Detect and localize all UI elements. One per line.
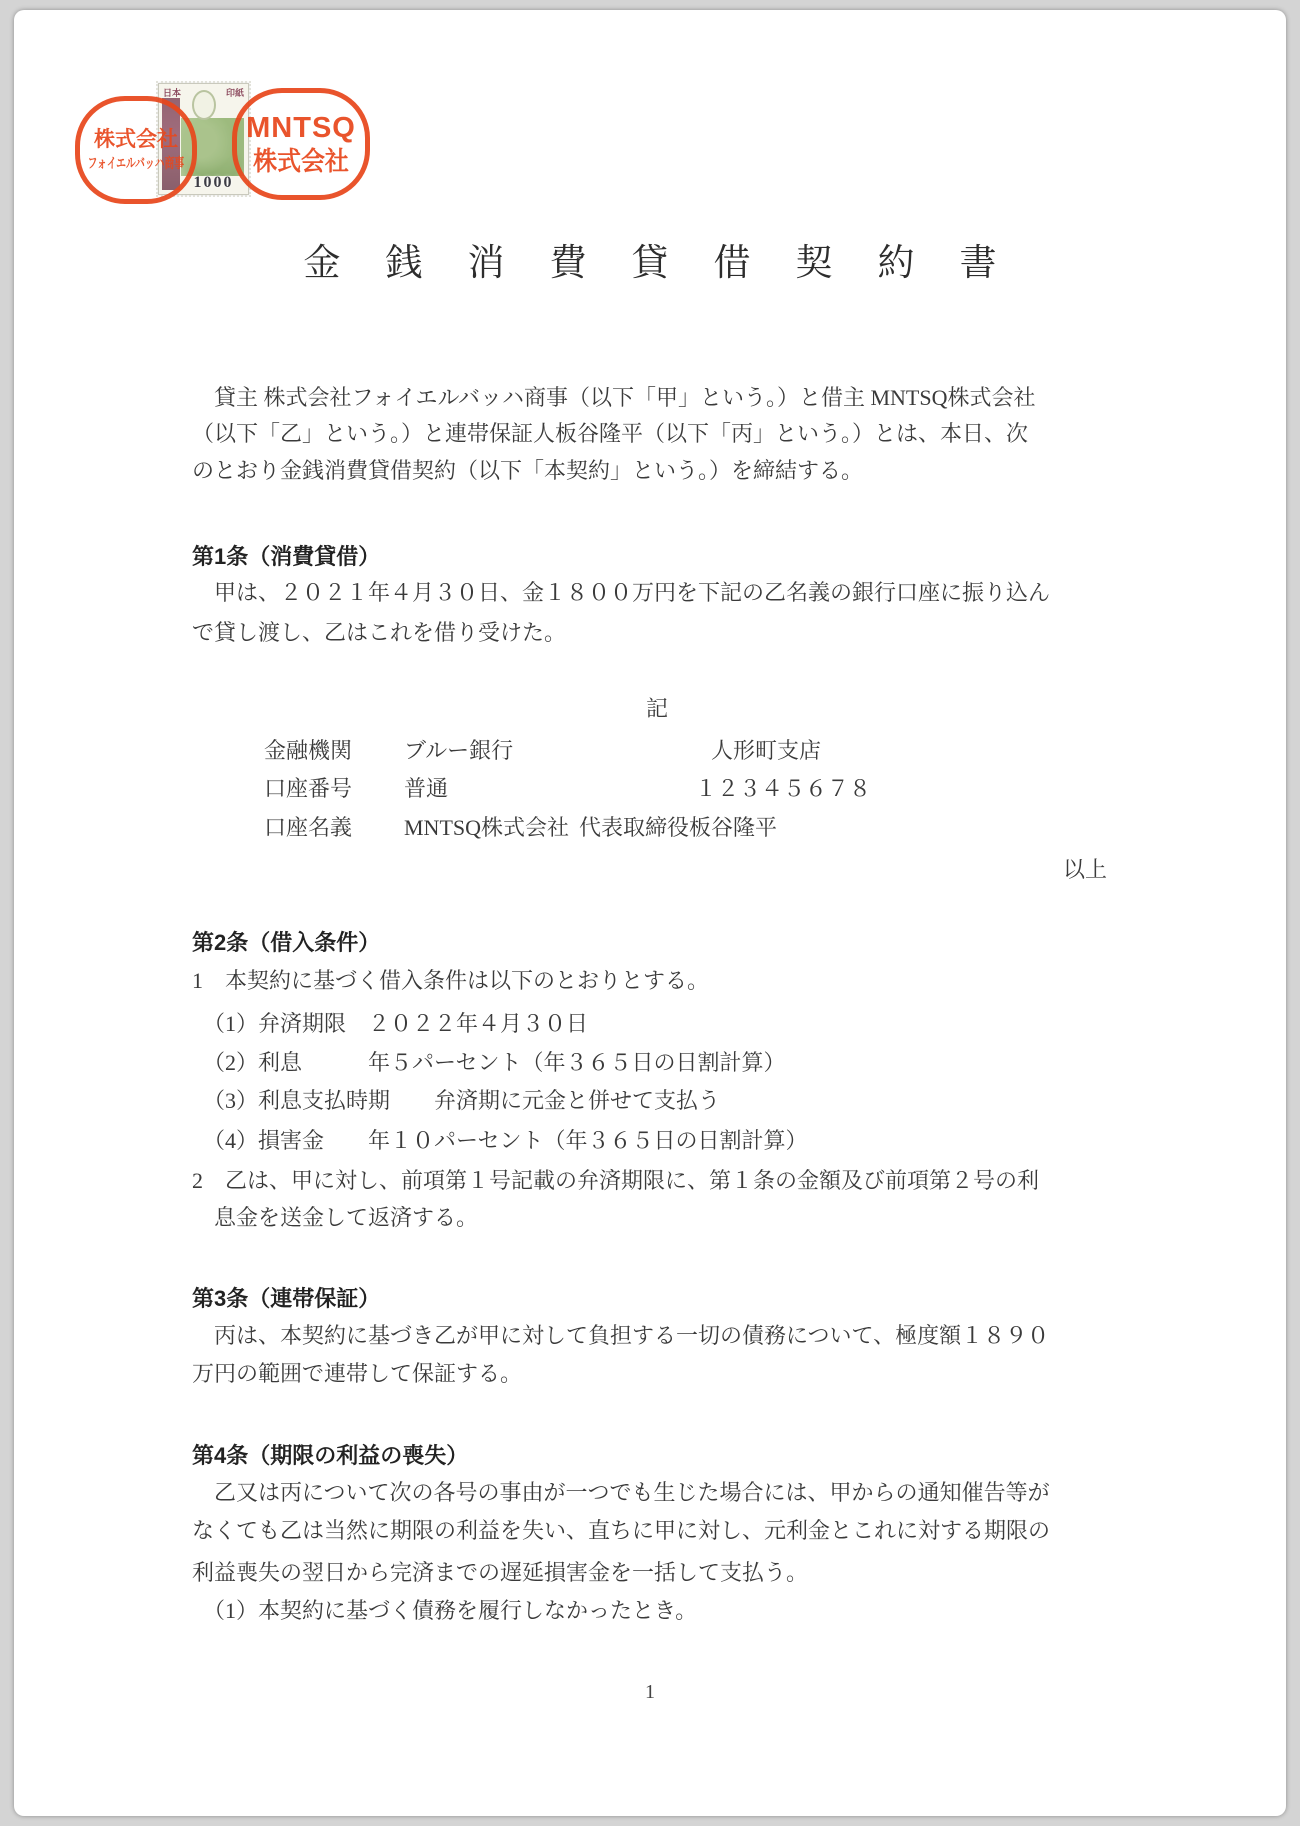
stamp-text-right: 印紙 — [226, 86, 244, 99]
screenshot-root: { "title": "金銭消費貸借契約書", "stamps": { "rev… — [0, 0, 1300, 1826]
article2-line: （2）利息 年５パーセント（年３６５日の日割計算） — [192, 1048, 1122, 1078]
article2-line: 2 乙は、甲に対し、前項第１号記載の弁済期限に、第１条の金額及び前項第２号の利 — [192, 1166, 1122, 1196]
document-page: 日本 印紙 1000 株式会社 フォイエルバッハ商事 MNTSQ 株式会社 金銭… — [14, 10, 1286, 1816]
article4-line: 乙又は丙について次の各号の事由が一つでも生じた場合には、甲からの通知催告等が — [192, 1478, 1122, 1508]
intro-line: のとおり金銭消費貸借契約（以下「本契約」という。）を締結する。 — [192, 456, 1122, 486]
article4-line: （1）本契約に基づく債務を履行しなかったとき。 — [192, 1596, 1122, 1626]
bank-label: 金融機関 — [264, 736, 352, 766]
article1-line: 甲は、２０２１年４月３０日、金１８００万円を下記の乙名義の銀行口座に振り込ん — [192, 578, 1122, 608]
document-title: 金銭消費貸借契約書 — [14, 232, 1286, 286]
article2-heading: 第2条（借入条件） — [192, 928, 1122, 958]
page-number: 1 — [14, 1681, 1286, 1704]
bank-label: 口座名義 — [264, 813, 352, 843]
stamp-emblem-icon — [192, 90, 216, 120]
article1-heading: 第1条（消費貸借） — [192, 542, 1122, 572]
article2-line: 1 本契約に基づく借入条件は以下のとおりとする。 — [192, 966, 1122, 996]
article2-line: （4）損害金 年１０パーセント（年３６５日の日割計算） — [192, 1126, 1122, 1156]
seal-text: 株式会社 — [253, 145, 349, 177]
article2-line: （1）弁済期限 ２０２２年４月３０日 — [192, 1009, 1122, 1039]
company-seal-feuerbach: 株式会社 フォイエルバッハ商事 — [75, 96, 197, 204]
bank-closing: 以上 — [192, 855, 1122, 885]
bank-value2: 人形町支店 — [711, 736, 821, 766]
company-seal-mntsq: MNTSQ 株式会社 — [232, 88, 370, 200]
article3-line: 万円の範囲で連帯して保証する。 — [192, 1359, 1122, 1389]
article3-heading: 第3条（連帯保証） — [192, 1284, 1122, 1314]
seal-text: MNTSQ — [246, 111, 356, 145]
article1-line: で貸し渡し、乙はこれを借り受けた。 — [192, 618, 1122, 648]
bank-label: 口座番号 — [264, 774, 352, 804]
article2-line: 息金を送金して返済する。 — [192, 1203, 1122, 1233]
bank-value: ブルー銀行 — [404, 736, 513, 766]
article4-line: 利益喪失の翌日から完済までの遅延損害金を一括して支払う。 — [192, 1558, 1122, 1588]
bank-value: 普通 — [404, 774, 448, 804]
bank-value2: １２３４５６７８ — [695, 774, 871, 804]
seal-text: フォイエルバッハ商事 — [88, 153, 184, 173]
intro-line: （以下「乙」という。）と連帯保証人板谷隆平（以下「丙」という。）とは、本日、次 — [192, 419, 1122, 449]
article4-line: なくても乙は当然に期限の利益を失い、直ちに甲に対し、元利金とこれに対する期限の — [192, 1516, 1122, 1546]
article3-line: 丙は、本契約に基づき乙が甲に対して負担する一切の債務について、極度額１８９０ — [192, 1321, 1122, 1351]
bank-marker: 記 — [192, 694, 1122, 724]
bank-value: MNTSQ株式会社 — [404, 813, 569, 843]
bank-value2: 代表取締役板谷隆平 — [579, 813, 777, 843]
article2-line: （3）利息支払時期 弁済期に元金と併せて支払う — [192, 1086, 1122, 1116]
intro-line: 貸主 株式会社フォイエルバッハ商事（以下「甲」という。）と借主 MNTSQ株式会… — [192, 383, 1122, 413]
seal-text: 株式会社 — [94, 127, 178, 153]
stamp-text-left: 日本 — [163, 86, 181, 99]
article4-heading: 第4条（期限の利益の喪失） — [192, 1441, 1122, 1471]
